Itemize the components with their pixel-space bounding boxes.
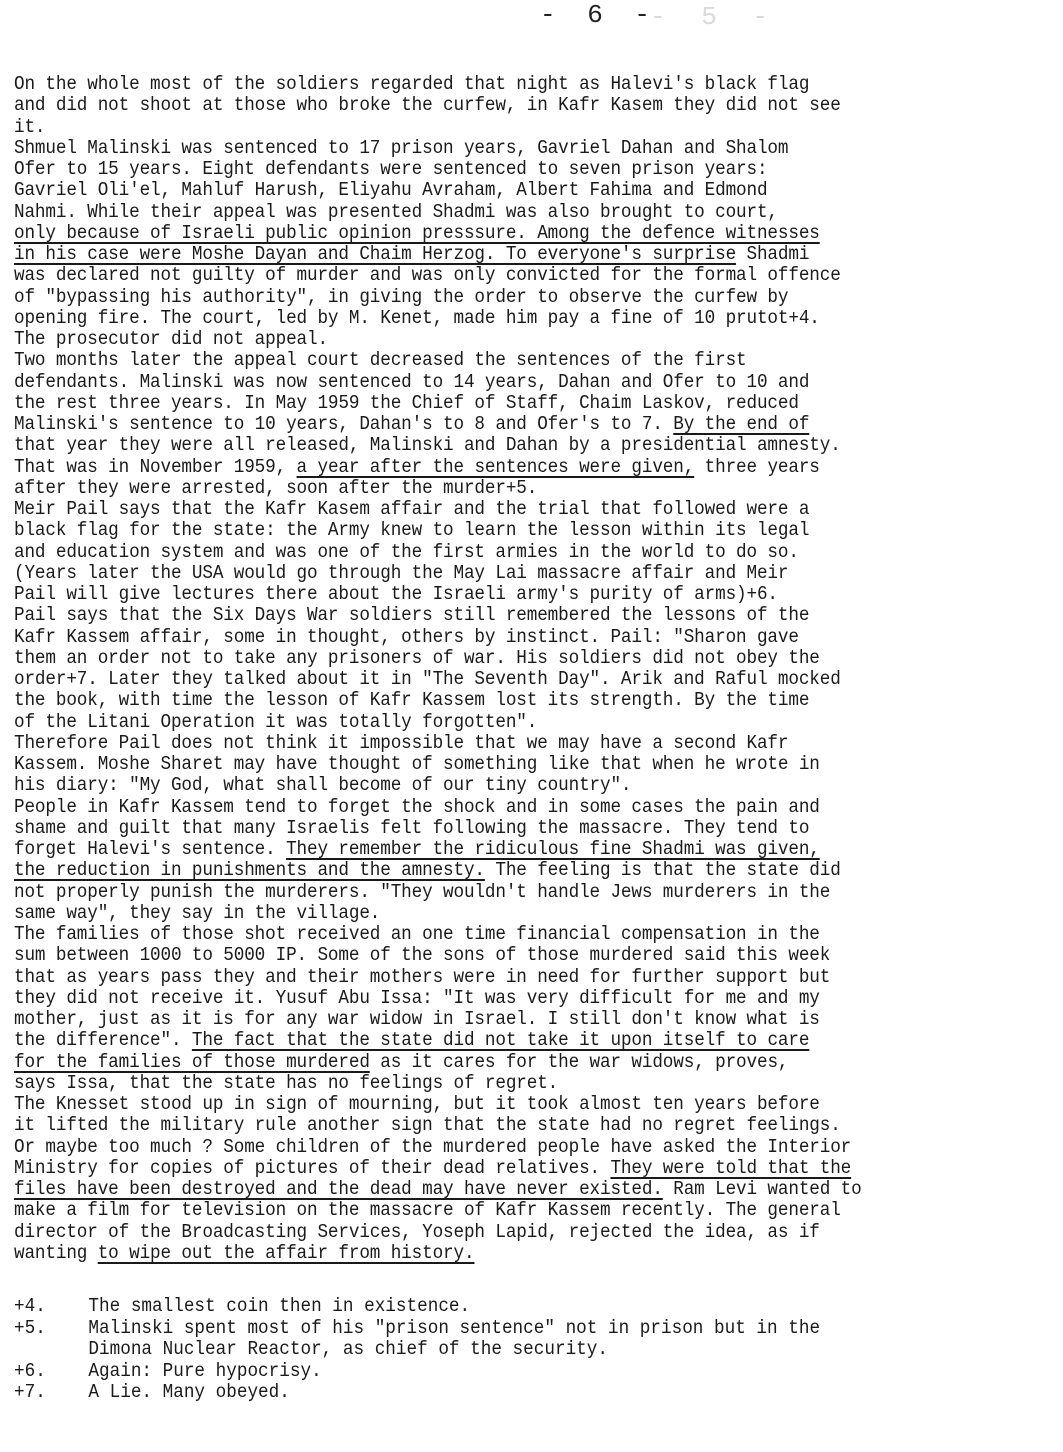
text-segment: The Knesset stood up in sign of mourning… (14, 1093, 820, 1115)
text-segment: the book, with time the lesson of Kafr K… (14, 689, 809, 711)
text-segment: Ofer to 15 years. Eight defendants were … (14, 158, 767, 180)
text-line: only because of Israeli public opinion p… (14, 223, 981, 244)
text-segment: Nahmi. While their appeal was presented … (14, 201, 778, 223)
underlined-text: only because of Israeli public opinion p… (14, 222, 820, 244)
footnote-text: A Lie. Many obeyed. (88, 1382, 289, 1404)
text-segment: of "bypassing his authority", in giving … (14, 286, 788, 308)
text-line: wanting to wipe out the affair from hist… (14, 1243, 981, 1264)
text-line: Therefore Pail does not think it impossi… (14, 733, 981, 754)
text-line: Nahmi. While their appeal was presented … (14, 202, 981, 223)
text-line: The families of those shot received an o… (14, 924, 981, 945)
page-number: - 6 - (540, 0, 658, 30)
text-line: Kassem. Moshe Sharet may have thought of… (14, 754, 981, 775)
text-line: for the families of those murdered as it… (14, 1052, 981, 1073)
text-segment: order+7. Later they talked about it in "… (14, 668, 841, 690)
text-segment: that year they were all released, Malins… (14, 434, 841, 456)
text-segment: and education system and was one of the … (14, 541, 799, 563)
text-segment: them an order not to take any prisoners … (14, 647, 820, 669)
underlined-text: They remember the ridiculous fine Shadmi… (286, 838, 820, 860)
text-line: forget Halevi's sentence. They remember … (14, 839, 981, 860)
text-line: On the whole most of the soldiers regard… (14, 74, 981, 95)
text-line: order+7. Later they talked about it in "… (14, 669, 981, 690)
text-segment: The feeling is that the state did (485, 859, 841, 881)
text-segment: it. (14, 116, 45, 138)
text-segment: People in Kafr Kassem tend to forget the… (14, 796, 820, 818)
text-line: sum between 1000 to 5000 IP. Some of the… (14, 945, 981, 966)
text-segment: Shadmi (736, 243, 809, 265)
text-line: black flag for the state: the Army knew … (14, 520, 981, 541)
text-segment: the difference". (14, 1029, 192, 1051)
text-line: Kafr Kassem affair, some in thought, oth… (14, 627, 981, 648)
text-line: The Knesset stood up in sign of mourning… (14, 1094, 981, 1115)
text-line: defendants. Malinski was now sentenced t… (14, 372, 981, 393)
text-line: Ministry for copies of pictures of their… (14, 1158, 981, 1179)
footnote-text: Again: Pure hypocrisy. (88, 1361, 321, 1383)
text-segment: sum between 1000 to 5000 IP. Some of the… (14, 944, 830, 966)
text-line: the reduction in punishments and the amn… (14, 860, 981, 881)
text-segment: forget Halevi's sentence. (14, 838, 286, 860)
underlined-text: They were told that the (610, 1157, 851, 1179)
text-segment: Meir Pail says that the Kafr Kasem affai… (14, 498, 809, 520)
text-segment: shame and guilt that many Israelis felt … (14, 817, 809, 839)
text-segment: That was in November 1959, (14, 456, 297, 478)
text-segment: mother, just as it is for any war widow … (14, 1008, 820, 1030)
text-segment: Two months later the appeal court decrea… (14, 349, 747, 371)
underlined-text: files have been destroyed and the dead m… (14, 1178, 663, 1200)
main-text: On the whole most of the soldiers regard… (14, 74, 1054, 1264)
footnote-mark: +7. (14, 1382, 88, 1404)
text-segment: Ram Levi wanted to (663, 1178, 862, 1200)
text-segment: three years (694, 456, 820, 478)
footnotes: +4.The smallest coin then in existence.+… (14, 1296, 1054, 1404)
text-segment: director of the Broadcasting Services, Y… (14, 1221, 820, 1243)
text-segment: Ministry for copies of pictures of their… (14, 1157, 610, 1179)
text-segment: On the whole most of the soldiers regard… (14, 73, 809, 95)
footnote: +7.A Lie. Many obeyed. (14, 1382, 981, 1404)
footnote: +5.Malinski spent most of his "prison se… (14, 1318, 981, 1340)
text-line: Two months later the appeal court decrea… (14, 350, 981, 371)
underlined-text: in his case were Moshe Dayan and Chaim H… (14, 243, 736, 265)
text-line: the rest three years. In May 1959 the Ch… (14, 393, 981, 414)
text-segment: Pail will give lectures there about the … (14, 583, 778, 605)
text-segment: not properly punish the murderers. "They… (14, 881, 830, 903)
footnote-mark: +5. (14, 1318, 88, 1340)
text-line: (Years later the USA would go through th… (14, 563, 981, 584)
text-segment: Shmuel Malinski was sentenced to 17 pris… (14, 137, 788, 159)
text-line: and education system and was one of the … (14, 542, 981, 563)
text-line: his diary: "My God, what shall become of… (14, 775, 981, 796)
text-segment: it lifted the military rule another sign… (14, 1114, 841, 1136)
footnote-mark: +4. (14, 1296, 88, 1318)
text-line: that year they were all released, Malins… (14, 435, 981, 456)
text-line: after they were arrested, soon after the… (14, 478, 981, 499)
text-line: mother, just as it is for any war widow … (14, 1009, 981, 1030)
text-line: of "bypassing his authority", in giving … (14, 287, 981, 308)
text-line: Malinski's sentence to 10 years, Dahan's… (14, 414, 981, 435)
text-line: same way", they say in the village. (14, 903, 981, 924)
text-segment: Or maybe too much ? Some children of the… (14, 1136, 851, 1158)
bleed-through-page-number: - 5 - (650, 2, 778, 32)
text-line: Ofer to 15 years. Eight defendants were … (14, 159, 981, 180)
text-line: That was in November 1959, a year after … (14, 457, 981, 478)
text-line: that as years pass they and their mother… (14, 967, 981, 988)
text-line: them an order not to take any prisoners … (14, 648, 981, 669)
text-line: in his case were Moshe Dayan and Chaim H… (14, 244, 981, 265)
text-segment: The families of those shot received an o… (14, 923, 820, 945)
text-line: Meir Pail says that the Kafr Kasem affai… (14, 499, 981, 520)
footnote-mark: +6. (14, 1361, 88, 1383)
text-segment: Kafr Kassem affair, some in thought, oth… (14, 626, 799, 648)
footnote: +6.Again: Pure hypocrisy. (14, 1361, 981, 1383)
text-line: director of the Broadcasting Services, Y… (14, 1222, 981, 1243)
underlined-text: to wipe out the affair from history. (98, 1242, 475, 1264)
text-line: Pail says that the Six Days War soldiers… (14, 605, 981, 626)
text-segment: (Years later the USA would go through th… (14, 562, 788, 584)
text-line: was declared not guilty of murder and wa… (14, 265, 981, 286)
text-segment: they did not receive it. Yusuf Abu Issa:… (14, 987, 820, 1009)
text-line: make a film for television on the massac… (14, 1200, 981, 1221)
footnote-mark (14, 1339, 88, 1361)
text-segment: wanting (14, 1242, 98, 1264)
footnote: +4.The smallest coin then in existence. (14, 1296, 981, 1318)
underlined-text: the reduction in punishments and the amn… (14, 859, 485, 881)
text-segment: says Issa, that the state has no feeling… (14, 1072, 558, 1094)
text-line: shame and guilt that many Israelis felt … (14, 818, 981, 839)
text-segment: his diary: "My God, what shall become of… (14, 774, 631, 796)
underlined-text: for the families of those murdered (14, 1051, 370, 1073)
text-line: the book, with time the lesson of Kafr K… (14, 690, 981, 711)
text-line: it lifted the military rule another sign… (14, 1115, 981, 1136)
text-segment: black flag for the state: the Army knew … (14, 519, 809, 541)
text-segment: after they were arrested, soon after the… (14, 477, 537, 499)
text-segment: Therefore Pail does not think it impossi… (14, 732, 788, 754)
text-segment: The prosecutor did not appeal. (14, 328, 328, 350)
text-segment: the rest three years. In May 1959 the Ch… (14, 392, 799, 414)
footnote-text: Malinski spent most of his "prison sente… (88, 1318, 820, 1340)
text-line: of the Litani Operation it was totally f… (14, 712, 981, 733)
text-line: files have been destroyed and the dead m… (14, 1179, 981, 1200)
text-segment: of the Litani Operation it was totally f… (14, 711, 537, 733)
text-line: and did not shoot at those who broke the… (14, 95, 981, 116)
footnote-text: The smallest coin then in existence. (88, 1296, 470, 1318)
underlined-text: By the end of (673, 413, 809, 435)
text-segment: Gavriel Oli'el, Mahluf Harush, Eliyahu A… (14, 179, 767, 201)
text-line: says Issa, that the state has no feeling… (14, 1073, 981, 1094)
text-segment: opening fire. The court, led by M. Kenet… (14, 307, 820, 329)
text-segment: same way", they say in the village. (14, 902, 380, 924)
footnote-text: Dimona Nuclear Reactor, as chief of the … (88, 1339, 608, 1361)
text-line: Pail will give lectures there about the … (14, 584, 981, 605)
footnote: Dimona Nuclear Reactor, as chief of the … (14, 1339, 981, 1361)
text-segment: that as years pass they and their mother… (14, 966, 830, 988)
text-line: The prosecutor did not appeal. (14, 329, 981, 350)
text-segment: defendants. Malinski was now sentenced t… (14, 371, 809, 393)
text-line: Or maybe too much ? Some children of the… (14, 1137, 981, 1158)
underlined-text: a year after the sentences were given, (297, 456, 695, 478)
text-line: Shmuel Malinski was sentenced to 17 pris… (14, 138, 981, 159)
text-line: the difference". The fact that the state… (14, 1030, 981, 1051)
text-line: Gavriel Oli'el, Mahluf Harush, Eliyahu A… (14, 180, 981, 201)
text-segment: and did not shoot at those who broke the… (14, 94, 841, 116)
text-segment: Kassem. Moshe Sharet may have thought of… (14, 753, 820, 775)
text-segment: as it cares for the war widows, proves, (370, 1051, 789, 1073)
text-segment: was declared not guilty of murder and wa… (14, 264, 841, 286)
text-segment: Malinski's sentence to 10 years, Dahan's… (14, 413, 673, 435)
text-segment: Pail says that the Six Days War soldiers… (14, 604, 809, 626)
text-segment: make a film for television on the massac… (14, 1199, 841, 1221)
text-line: they did not receive it. Yusuf Abu Issa:… (14, 988, 981, 1009)
text-line: it. (14, 117, 981, 138)
text-line: People in Kafr Kassem tend to forget the… (14, 797, 981, 818)
text-line: opening fire. The court, led by M. Kenet… (14, 308, 981, 329)
text-line: not properly punish the murderers. "They… (14, 882, 981, 903)
underlined-text: The fact that the state did not take it … (192, 1029, 809, 1051)
